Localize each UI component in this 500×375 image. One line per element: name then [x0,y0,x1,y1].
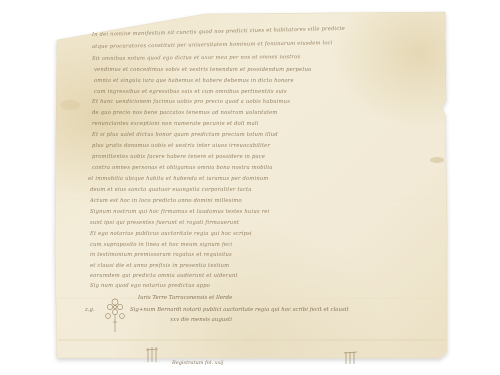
parchment-sheet [0,0,500,375]
photograph: In dei nomine manifestum sit cunctis quo… [0,0,500,375]
